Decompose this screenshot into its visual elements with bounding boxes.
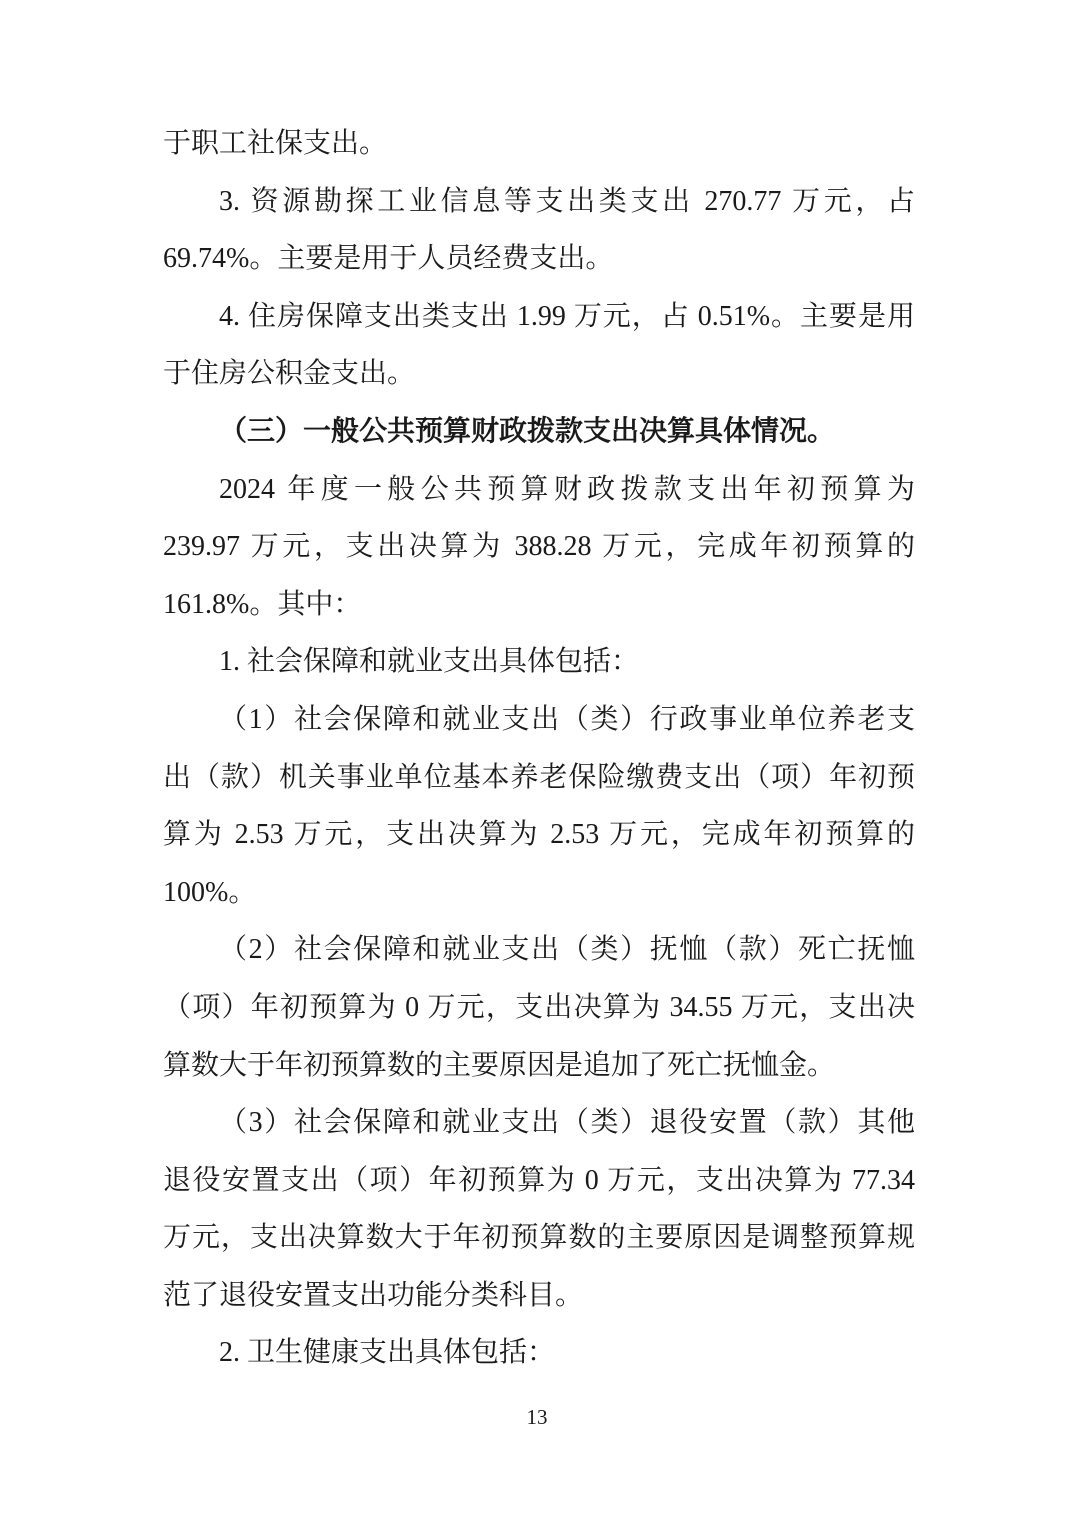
text-line: 161.8%。其中： xyxy=(163,576,915,634)
text-line: 算数大于年初预算数的主要原因是追加了死亡抚恤金。 xyxy=(163,1037,915,1095)
text-line: （1）社会保障和就业支出（类）行政事业单位养老支 xyxy=(163,691,915,749)
text-line: 3. 资源勘探工业信息等支出类支出 270.77 万元，占 xyxy=(163,173,915,231)
document-page: 于职工社保支出。 3. 资源勘探工业信息等支出类支出 270.77 万元，占 6… xyxy=(0,0,1074,1520)
text-line: 100%。 xyxy=(163,864,915,922)
text-line: 退役安置支出（项）年初预算为 0 万元，支出决算为 77.34 xyxy=(163,1152,915,1210)
list-item-heading: 1. 社会保障和就业支出具体包括： xyxy=(163,633,915,691)
list-item-heading: 2. 卫生健康支出具体包括： xyxy=(163,1324,915,1382)
section-heading: （三）一般公共预算财政拨款支出决算具体情况。 xyxy=(163,403,915,461)
text-line: 万元，支出决算数大于年初预算数的主要原因是调整预算规 xyxy=(163,1209,915,1267)
text-line: 239.97 万元，支出决算为 388.28 万元，完成年初预算的 xyxy=(163,518,915,576)
text-line: （项）年初预算为 0 万元，支出决算为 34.55 万元，支出决 xyxy=(163,979,915,1037)
text-line: 范了退役安置支出功能分类科目。 xyxy=(163,1267,915,1325)
text-line: 4. 住房保障支出类支出 1.99 万元，占 0.51%。主要是用 xyxy=(163,288,915,346)
text-line: 算为 2.53 万元，支出决算为 2.53 万元，完成年初预算的 xyxy=(163,806,915,864)
text-line: （2）社会保障和就业支出（类）抚恤（款）死亡抚恤 xyxy=(163,921,915,979)
text-line: 2024 年度一般公共预算财政拨款支出年初预算为 xyxy=(163,461,915,519)
text-line: 于住房公积金支出。 xyxy=(163,345,915,403)
document-body: 于职工社保支出。 3. 资源勘探工业信息等支出类支出 270.77 万元，占 6… xyxy=(163,115,915,1382)
text-line: 出（款）机关事业单位基本养老保险缴费支出（项）年初预 xyxy=(163,749,915,807)
text-line: 于职工社保支出。 xyxy=(163,115,915,173)
page-number: 13 xyxy=(0,1402,1074,1432)
text-line: （3）社会保障和就业支出（类）退役安置（款）其他 xyxy=(163,1094,915,1152)
text-line: 69.74%。主要是用于人员经费支出。 xyxy=(163,230,915,288)
